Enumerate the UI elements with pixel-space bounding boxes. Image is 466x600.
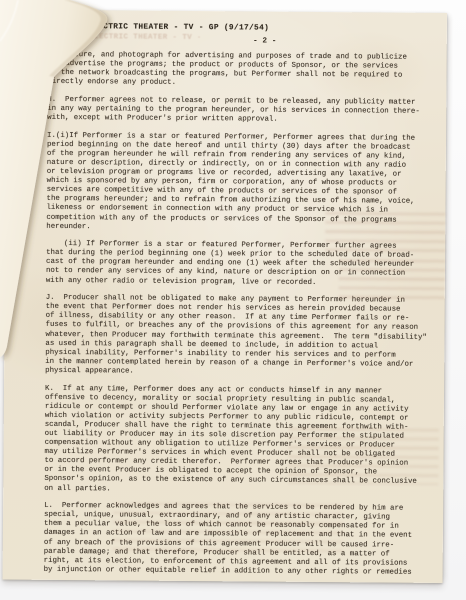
paragraph-clause-j: J. Producer shall not be obligated to ma… bbox=[45, 294, 444, 379]
contract-page: GENERAL ELECTRIC THEATER - TV - GP (9/17… bbox=[3, 10, 447, 583]
paragraph-clause-h: H. Performer agrees not to release, or p… bbox=[47, 96, 445, 126]
ink-bleed-patch bbox=[288, 428, 438, 485]
ink-bleed-patch bbox=[325, 212, 445, 253]
ink-bleed-patch bbox=[113, 502, 343, 552]
ink-bleed-patch bbox=[339, 259, 445, 304]
page-title: GENERAL ELECTRIC THEATER - TV - GP (9/17… bbox=[48, 23, 269, 33]
paragraph-continuation: caricature, and photograph for advertisi… bbox=[47, 51, 445, 90]
photographed-document: GENERAL ELECTRIC THEATER - TV - GP (9/17… bbox=[0, 0, 466, 600]
page-number: - 2 - bbox=[67, 36, 463, 47]
